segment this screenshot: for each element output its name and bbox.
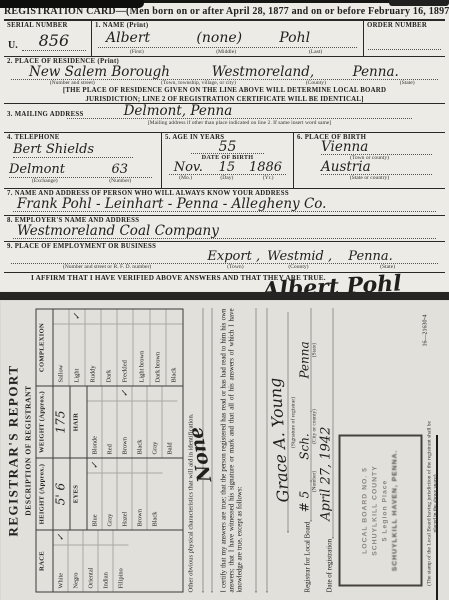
hair-color-option: Black [136, 401, 143, 457]
hair-color-option: Brown [121, 401, 128, 457]
telephone-exchange-value: Delmont [9, 162, 88, 177]
scan-artifact [389, 0, 449, 6]
hair-color-option: Bald [166, 401, 173, 457]
stamp-board-line: LOCAL BOARD NO. 5 [361, 436, 368, 584]
local-board-label: Registrar for Local Board [304, 521, 311, 592]
checkmark-icon: ✓ [53, 530, 67, 545]
other-characteristics-field: Other obvious physical characteristics t… [187, 308, 217, 592]
employment-town-value: Export , [207, 250, 267, 263]
registration-date-label: Date of registration [326, 538, 333, 592]
jurisdiction-notice-line1: [THE PLACE OF RESIDENCE GIVEN ON THE LIN… [7, 87, 442, 95]
stamp-city-line: SCHUYLKILL HAVEN, PENNA. [391, 436, 398, 584]
checkmark-icon [132, 386, 146, 401]
serial-prefix: U. [8, 40, 18, 51]
checkmark-icon [166, 309, 182, 324]
birth-month-value: Nov. [169, 161, 208, 174]
weight-hair-column: WEIGHT (Approx.) 175 HAIR Blonde Red Bro… [36, 385, 182, 457]
checkmark-icon [150, 309, 165, 324]
race-option: Indian [102, 545, 109, 591]
eye-color-option: Hazel [121, 473, 128, 529]
local-board-stamp-area: LOCAL BOARD NO. 5 SCHUYLKILL COUNTY 5 Le… [338, 308, 449, 592]
blank-dotted-line [256, 308, 267, 592]
height-value: 5' 6 [53, 458, 70, 529]
employment-sublabel-street: (Number and street or R. F. D. number) [7, 264, 207, 270]
description-table: RACE White✓ Negro Oriental Indian Filipi… [35, 308, 183, 592]
checkmark-icon [98, 530, 112, 545]
checkmark-icon: ✓ [117, 386, 131, 401]
complexion-option: Freckled [121, 324, 128, 385]
checkmark-icon [102, 386, 116, 401]
month-sublabel: (Mo.) [165, 175, 206, 181]
serial-number-label: SERIAL NUMBER [7, 22, 88, 29]
first-sublabel: (First) [92, 49, 181, 55]
checkmark-icon [53, 309, 68, 324]
residence-state-value: Penna. [353, 65, 438, 79]
employment-sublabel-state: (State) [333, 264, 442, 270]
complexion-option: Dark brown [154, 324, 161, 385]
birth-country-sublabel: (State or country) [297, 175, 442, 181]
race-option: White [57, 545, 64, 591]
residence-sublabel-state: (State) [372, 80, 442, 86]
exchange-sublabel: (Exchange) [7, 178, 83, 184]
hair-color-option: Gray [151, 401, 158, 457]
blank-dotted-line [368, 49, 441, 50]
mailing-address-label: 3. MAILING ADDRESS [7, 111, 84, 118]
complexion-option: Light [73, 324, 80, 385]
board-state-sublabel: (State) [311, 308, 317, 391]
stamp-address-line: 5 Legion Place [381, 436, 388, 584]
checkmark-icon [147, 458, 162, 473]
serial-number-value: 856 [22, 31, 86, 51]
registrar-certification-text: I certify that my answers are true; that… [220, 308, 245, 592]
race-option: Negro [72, 545, 79, 591]
checkmark-icon: ✓ [69, 309, 84, 324]
telephone-age-birth-row: 4. TELEPHONE Bert Shields Delmont 63 (Ex… [4, 133, 445, 189]
complexion-option: Black [170, 324, 177, 385]
employment-state-value: Penna. [348, 250, 438, 263]
employer-value: Westmoreland Coal Company [13, 224, 436, 239]
board-number-sublabel: (Number) [311, 461, 317, 501]
day-sublabel: (Day) [206, 175, 247, 181]
telephone-field: 4. TELEPHONE Bert Shields Delmont 63 (Ex… [4, 133, 162, 188]
checkmark-icon [117, 309, 132, 324]
order-number-field: ORDER NUMBER [364, 21, 445, 56]
registration-date-value: April 27, 1942 [320, 308, 333, 538]
last-name-value: Pohl [279, 30, 357, 46]
name-field: 1. NAME (Print) Albert (none) Pohl (Firs… [92, 21, 364, 56]
board-city-sublabel: (City or county) [311, 391, 317, 461]
complexion-header: COMPLEXION [36, 309, 53, 385]
middle-sublabel: (Middle) [181, 49, 270, 55]
name-label: 1. NAME (Print) [95, 22, 360, 29]
checkmark-icon: ✓ [87, 458, 101, 473]
residence-sublabel-town: (Town, township, village, or city) [138, 80, 260, 86]
last-sublabel: (Last) [271, 49, 360, 55]
checkmark-icon [162, 386, 177, 401]
number-sublabel: (Number) [83, 178, 159, 184]
report-title: REGISTRAR'S REPORT [5, 308, 21, 592]
board-state-value: Penna [299, 308, 311, 411]
checkmark-icon [68, 530, 82, 545]
contact-person-field: 7. NAME AND ADDRESS OF PERSON WHO WILL A… [4, 189, 445, 216]
mailing-address-sublabel: [Mailing address if other than place ind… [67, 118, 412, 126]
blank-dotted-line [245, 308, 256, 592]
print-code-back: 16—21630-4 [422, 314, 428, 346]
race-column: RACE White✓ Negro Oriental Indian Filipi… [36, 529, 182, 591]
order-number-label: ORDER NUMBER [367, 22, 442, 29]
checkmark-icon [101, 309, 116, 324]
local-board-stamp: LOCAL BOARD NO. 5 SCHUYLKILL COUNTY 5 Le… [338, 434, 422, 586]
complexion-option: Ruddy [89, 324, 96, 385]
telephone-label: 4. TELEPHONE [7, 134, 158, 141]
residence-field: 2. PLACE OF RESIDENCE (Print) New Salem … [4, 57, 445, 104]
contact-person-value: Frank Pohl - Leinhart - Penna - Alleghen… [13, 197, 436, 212]
board-city-value: Sch. [299, 411, 311, 481]
checkmark-icon [147, 386, 161, 401]
eye-color-option: Gray [106, 473, 113, 529]
card-edge-line [436, 435, 438, 600]
hair-color-option: Red [106, 401, 113, 457]
jurisdiction-notice-line2: JURISDICTION; LINE 2 OF REGISTRATION CER… [7, 96, 442, 104]
eye-color-option: Blue [91, 473, 98, 529]
scan-artifact [0, 0, 144, 8]
serial-name-order-row: SERIAL NUMBER U. 856 1. NAME (Print) Alb… [4, 21, 445, 57]
registrar-signature-block: Grace A. Young (Signature of registrar) [271, 308, 297, 592]
birth-country-value: Austria [321, 161, 432, 175]
registration-date-line: Date of registration April 27, 1942 [320, 308, 333, 592]
year-sublabel: (Yr.) [248, 175, 289, 181]
hair-color-option: Blonde [91, 401, 98, 457]
complexion-option: Light brown [138, 324, 145, 385]
residence-sublabel-county: (County) [259, 80, 372, 86]
registrars-report-back: REGISTRAR'S REPORT DESCRIPTION OF REGIST… [0, 300, 449, 600]
place-of-birth-label: 6. PLACE OF BIRTH [297, 134, 442, 141]
birth-day-value: 15 [208, 161, 247, 174]
place-of-birth-field: 6. PLACE OF BIRTH Vienna (Town or county… [294, 133, 445, 188]
scan-divider [0, 292, 449, 300]
checkmark-icon [133, 309, 148, 324]
board-number-value: # 5 [299, 481, 311, 521]
employer-field: 8. EMPLOYER'S NAME AND ADDRESS Westmorel… [4, 216, 445, 242]
hair-header: HAIR [70, 386, 87, 457]
first-name-value: Albert [98, 30, 196, 46]
height-header: HEIGHT (Approx.) [36, 458, 53, 529]
report-subtitle: DESCRIPTION OF REGISTRANT [23, 308, 32, 592]
checkmark-icon [117, 458, 131, 473]
complexion-column: COMPLEXION Sallow Light✓ Ruddy Dark Frec… [36, 309, 182, 385]
serial-number-field: SERIAL NUMBER U. 856 [4, 21, 92, 56]
birth-year-value: 1886 [246, 161, 285, 174]
residence-street-value: New Salem Borough [11, 65, 212, 79]
race-option: Oriental [87, 545, 94, 591]
checkmark-icon [132, 458, 146, 473]
registrars-report-content: REGISTRAR'S REPORT DESCRIPTION OF REGIST… [0, 300, 449, 600]
eyes-header: EYES [70, 458, 87, 529]
age-field: 5. AGE IN YEARS 55 DATE OF BIRTH Nov. 15… [162, 133, 294, 188]
weight-value: 175 [53, 386, 70, 457]
mailing-address-value: Delmont, Penna [124, 105, 442, 118]
age-value: 55 [191, 141, 264, 154]
residence-sublabel-street: (Number and street) [7, 80, 138, 86]
height-eyes-column: HEIGHT (Approx.) 5' 6 EYES Blue✓ Gray Ha… [36, 457, 182, 529]
local-board-line: Registrar for Local Board # 5 Sch. Penna [299, 308, 311, 592]
race-header: RACE [36, 530, 53, 591]
telephone-name-value: Bert Shields [13, 142, 133, 158]
checkmark-icon [87, 386, 101, 401]
birth-town-value: Vienna [321, 141, 432, 155]
weight-header: WEIGHT (Approx.) [36, 386, 53, 457]
checkmark-icon [83, 530, 97, 545]
stamp-county-line: SCHUYLKILL COUNTY [371, 436, 378, 584]
middle-name-value: (none) [196, 30, 279, 46]
mailing-address-field: 3. MAILING ADDRESS Delmont, Penna [Maili… [4, 104, 445, 133]
eye-color-option: Black [151, 473, 158, 529]
checkmark-icon [85, 309, 100, 324]
eye-color-option: Brown [136, 473, 143, 529]
checkmark-icon [102, 458, 116, 473]
complexion-option: Dark [105, 324, 112, 385]
employment-sublabel-town: (Town) [207, 264, 264, 270]
employment-county-value: Westmid , [267, 250, 348, 263]
registrar-signature-sublabel: (Signature of registrar) [290, 312, 296, 532]
telephone-number-value: 63 [88, 162, 152, 177]
registration-card-front: REGISTRATION CARD—(Men born on or after … [0, 0, 449, 292]
employment-sublabel-county: (County) [264, 264, 334, 270]
residence-county-value: Westmoreland, [212, 65, 353, 79]
race-option: Filipino [117, 545, 124, 591]
draft-registration-card-scan: REGISTRATION CARD—(Men born on or after … [0, 0, 449, 600]
employment-place-field: 9. PLACE OF EMPLOYMENT OR BUSINESS Expor… [4, 242, 445, 273]
complexion-option: Sallow [57, 324, 64, 385]
checkmark-icon [113, 530, 128, 545]
